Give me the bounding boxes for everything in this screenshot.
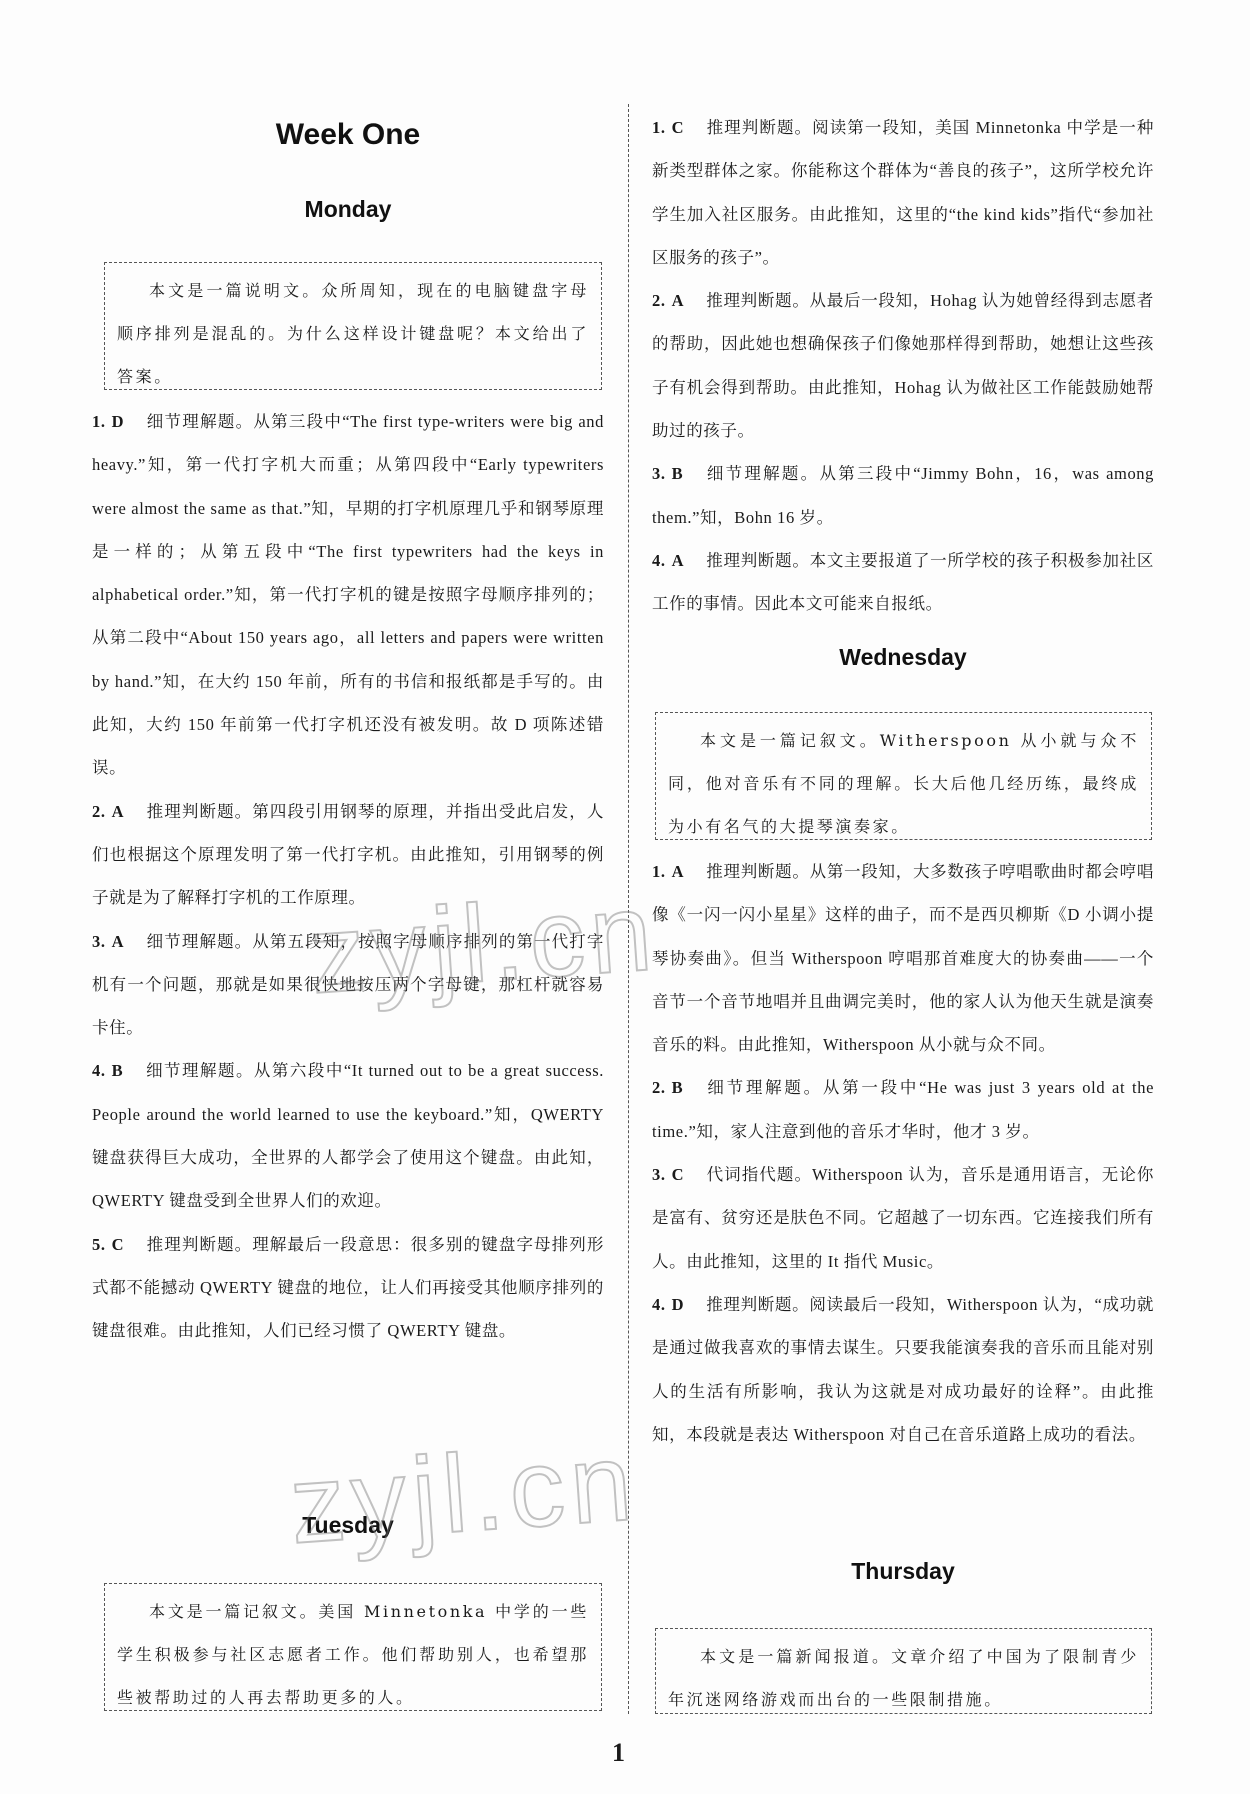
answer-explanation: 细节理解题。从第三段中“The first type-writers were …: [92, 412, 604, 777]
answer-number: 1.: [652, 118, 666, 137]
answer-key-page: Week One Monday 本文是一篇说明文。众所周知，现在的电脑键盘字母顺…: [0, 0, 1250, 1794]
answer-number: 3.: [92, 932, 106, 951]
summary-box-monday: 本文是一篇说明文。众所周知，现在的电脑键盘字母顺序排列是混乱的。为什么这样设计键…: [104, 262, 602, 390]
page-number: 1: [612, 1738, 625, 1768]
answer-number: 5.: [92, 1235, 106, 1254]
column-divider: [628, 104, 629, 1714]
answer-item: 4.A推理判断题。本文主要报道了一所学校的孩子积极参加社区工作的事情。因此本文可…: [652, 539, 1154, 626]
summary-text-thursday: 本文是一篇新闻报道。文章介绍了中国为了限制青少年沉迷网络游戏而出台的一些限制措施…: [668, 1635, 1139, 1721]
answer-number: 2.: [652, 291, 666, 310]
answer-number: 3.: [652, 1165, 666, 1184]
answer-explanation: 细节理解题。从第三段中“Jimmy Bohn，16，was among them…: [652, 464, 1154, 526]
answer-explanation: 细节理解题。从第一段中“He was just 3 years old at t…: [652, 1078, 1154, 1140]
summary-box-wednesday: 本文是一篇记叙文。Witherspoon 从小就与众不同，他对音乐有不同的理解。…: [655, 712, 1152, 840]
watermark: zyjl.cn: [286, 1418, 642, 1569]
answer-choice: A: [672, 551, 685, 570]
answer-explanation: 推理判断题。阅读最后一段知，Witherspoon 认为，“成功就是通过做我喜欢…: [652, 1295, 1154, 1444]
week-title: Week One: [92, 118, 604, 152]
answer-number: 4.: [652, 551, 666, 570]
answer-item: 4.B细节理解题。从第六段中“It turned out to be a gre…: [92, 1049, 604, 1222]
answer-choice: A: [672, 862, 685, 881]
answer-choice: C: [672, 1165, 685, 1184]
answer-choice: B: [672, 1078, 684, 1097]
answer-number: 1.: [652, 862, 666, 881]
answer-explanation: 推理判断题。理解最后一段意思：很多别的键盘字母排列形式都不能撼动 QWERTY …: [92, 1235, 604, 1341]
summary-text-wednesday: 本文是一篇记叙文。Witherspoon 从小就与众不同，他对音乐有不同的理解。…: [668, 719, 1139, 848]
summary-box-thursday: 本文是一篇新闻报道。文章介绍了中国为了限制青少年沉迷网络游戏而出台的一些限制措施…: [655, 1628, 1152, 1714]
answer-list-monday: 1.D细节理解题。从第三段中“The first type-writers we…: [92, 400, 604, 1353]
answer-choice: D: [112, 412, 125, 431]
section-title-monday: Monday: [92, 196, 604, 223]
answer-choice: C: [112, 1235, 125, 1254]
answer-item: 2.A推理判断题。第四段引用钢琴的原理，并指出受此启发，人们也根据这个原理发明了…: [92, 790, 604, 920]
answer-item: 2.A推理判断题。从最后一段知，Hohag 认为她曾经得到志愿者的帮助，因此她也…: [652, 279, 1154, 452]
answer-choice: A: [112, 932, 125, 951]
section-title-tuesday: Tuesday: [92, 1512, 604, 1539]
answer-list-wednesday: 1.A推理判断题。从第一段知，大多数孩子哼唱歌曲时都会哼唱像《一闪一闪小星星》这…: [652, 850, 1154, 1456]
answer-choice: B: [112, 1061, 124, 1080]
answer-item: 5.C推理判断题。理解最后一段意思：很多别的键盘字母排列形式都不能撼动 QWER…: [92, 1223, 604, 1353]
answer-explanation: 推理判断题。从第一段知，大多数孩子哼唱歌曲时都会哼唱像《一闪一闪小星星》这样的曲…: [652, 862, 1154, 1054]
summary-box-tuesday: 本文是一篇记叙文。美国 Minnetonka 中学的一些学生积极参与社区志愿者工…: [104, 1583, 602, 1711]
answer-choice: B: [672, 464, 684, 483]
section-title-wednesday: Wednesday: [652, 644, 1154, 671]
summary-text-tuesday: 本文是一篇记叙文。美国 Minnetonka 中学的一些学生积极参与社区志愿者工…: [117, 1590, 589, 1719]
answer-item: 3.C代词指代题。Witherspoon 认为，音乐是通用语言，无论你是富有、贫…: [652, 1153, 1154, 1283]
answer-explanation: 推理判断题。阅读第一段知，美国 Minnetonka 中学是一种新类型群体之家。…: [652, 118, 1154, 267]
answer-choice: C: [672, 118, 685, 137]
answer-explanation: 推理判断题。第四段引用钢琴的原理，并指出受此启发，人们也根据这个原理发明了第一代…: [92, 802, 604, 908]
answer-number: 2.: [92, 802, 106, 821]
answer-item: 1.A推理判断题。从第一段知，大多数孩子哼唱歌曲时都会哼唱像《一闪一闪小星星》这…: [652, 850, 1154, 1066]
answer-list-tuesday: 1.C推理判断题。阅读第一段知，美国 Minnetonka 中学是一种新类型群体…: [652, 106, 1154, 626]
section-title-thursday: Thursday: [652, 1558, 1154, 1585]
answer-item: 3.A细节理解题。从第五段知，按照字母顺序排列的第一代打字机有一个问题，那就是如…: [92, 920, 604, 1050]
answer-number: 2.: [652, 1078, 666, 1097]
answer-item: 1.D细节理解题。从第三段中“The first type-writers we…: [92, 400, 604, 790]
answer-choice: D: [672, 1295, 685, 1314]
answer-explanation: 细节理解题。从第六段中“It turned out to be a great …: [92, 1061, 604, 1210]
answer-explanation: 推理判断题。从最后一段知，Hohag 认为她曾经得到志愿者的帮助，因此她也想确保…: [652, 291, 1154, 440]
answer-item: 1.C推理判断题。阅读第一段知，美国 Minnetonka 中学是一种新类型群体…: [652, 106, 1154, 279]
answer-number: 4.: [652, 1295, 666, 1314]
answer-number: 4.: [92, 1061, 106, 1080]
answer-item: 4.D推理判断题。阅读最后一段知，Witherspoon 认为，“成功就是通过做…: [652, 1283, 1154, 1456]
answer-item: 3.B细节理解题。从第三段中“Jimmy Bohn，16，was among t…: [652, 452, 1154, 539]
answer-choice: A: [672, 291, 685, 310]
answer-item: 2.B细节理解题。从第一段中“He was just 3 years old a…: [652, 1066, 1154, 1153]
answer-number: 3.: [652, 464, 666, 483]
answer-explanation: 代词指代题。Witherspoon 认为，音乐是通用语言，无论你是富有、贫穷还是…: [652, 1165, 1154, 1271]
answer-explanation: 推理判断题。本文主要报道了一所学校的孩子积极参加社区工作的事情。因此本文可能来自…: [652, 551, 1154, 613]
summary-text-monday: 本文是一篇说明文。众所周知，现在的电脑键盘字母顺序排列是混乱的。为什么这样设计键…: [117, 269, 589, 398]
answer-choice: A: [112, 802, 125, 821]
answer-explanation: 细节理解题。从第五段知，按照字母顺序排列的第一代打字机有一个问题，那就是如果很快…: [92, 932, 604, 1038]
answer-number: 1.: [92, 412, 106, 431]
